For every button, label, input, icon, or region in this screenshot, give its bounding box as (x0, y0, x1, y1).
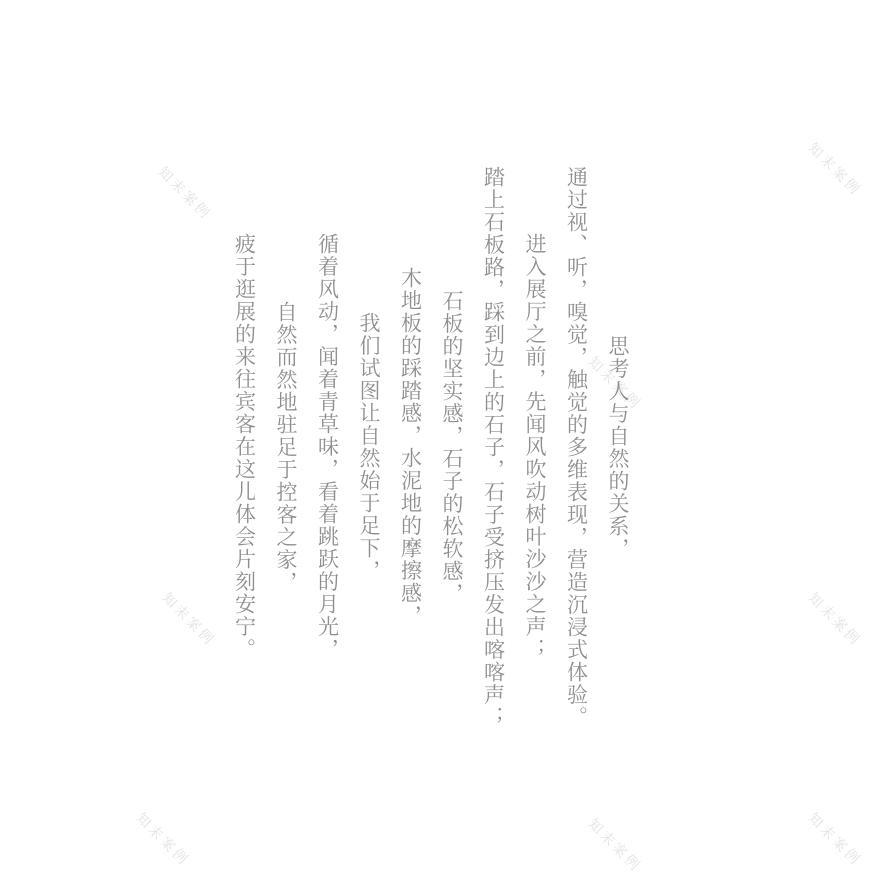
poem-line: 循着风动，闻着青草味，看着跳跃的月光， (306, 158, 348, 736)
poem-line: 进入展厅之前，先闻风吹动树叶沙沙之声； (514, 158, 556, 736)
watermark-text: 知末案例 (584, 814, 646, 874)
poem-line: 木地板的踩踏感，水泥地的摩擦感， (389, 158, 431, 736)
poem-line: 我们试图让自然始于足下， (348, 158, 390, 736)
watermark-text: 知末案例 (804, 138, 866, 200)
poem-line-title: 思考人与自然的关系， (597, 158, 639, 736)
poem-line: 踏上石板路，踩到边上的石子，石子受挤压发出喀喀声； (472, 158, 514, 736)
watermark-text: 知末案例 (132, 808, 194, 870)
watermark-text: 知末案例 (158, 588, 220, 650)
watermark-text: 知末案例 (154, 162, 216, 224)
page-canvas: 知末案例 知末案例 知末案例 知末案例 知末案例 知末案例 知末案例 知末案例 … (0, 0, 880, 874)
poem-text-block: 思考人与自然的关系， 通过视、听，嗅觉，触觉的多维表现，营造沉浸式体验。 进入展… (218, 158, 638, 736)
watermark-text: 知末案例 (804, 588, 866, 650)
poem-line: 疲于逛展的来往宾客在这儿体会片刻安宁。 (223, 158, 265, 736)
poem-line: 自然而然地驻足于控客之家， (265, 158, 307, 736)
poem-line: 通过视、听，嗅觉，触觉的多维表现，营造沉浸式体验。 (555, 158, 597, 736)
poem-line: 石板的坚实感，石子的松软感， (431, 158, 473, 736)
watermark-text: 知末案例 (804, 808, 866, 870)
